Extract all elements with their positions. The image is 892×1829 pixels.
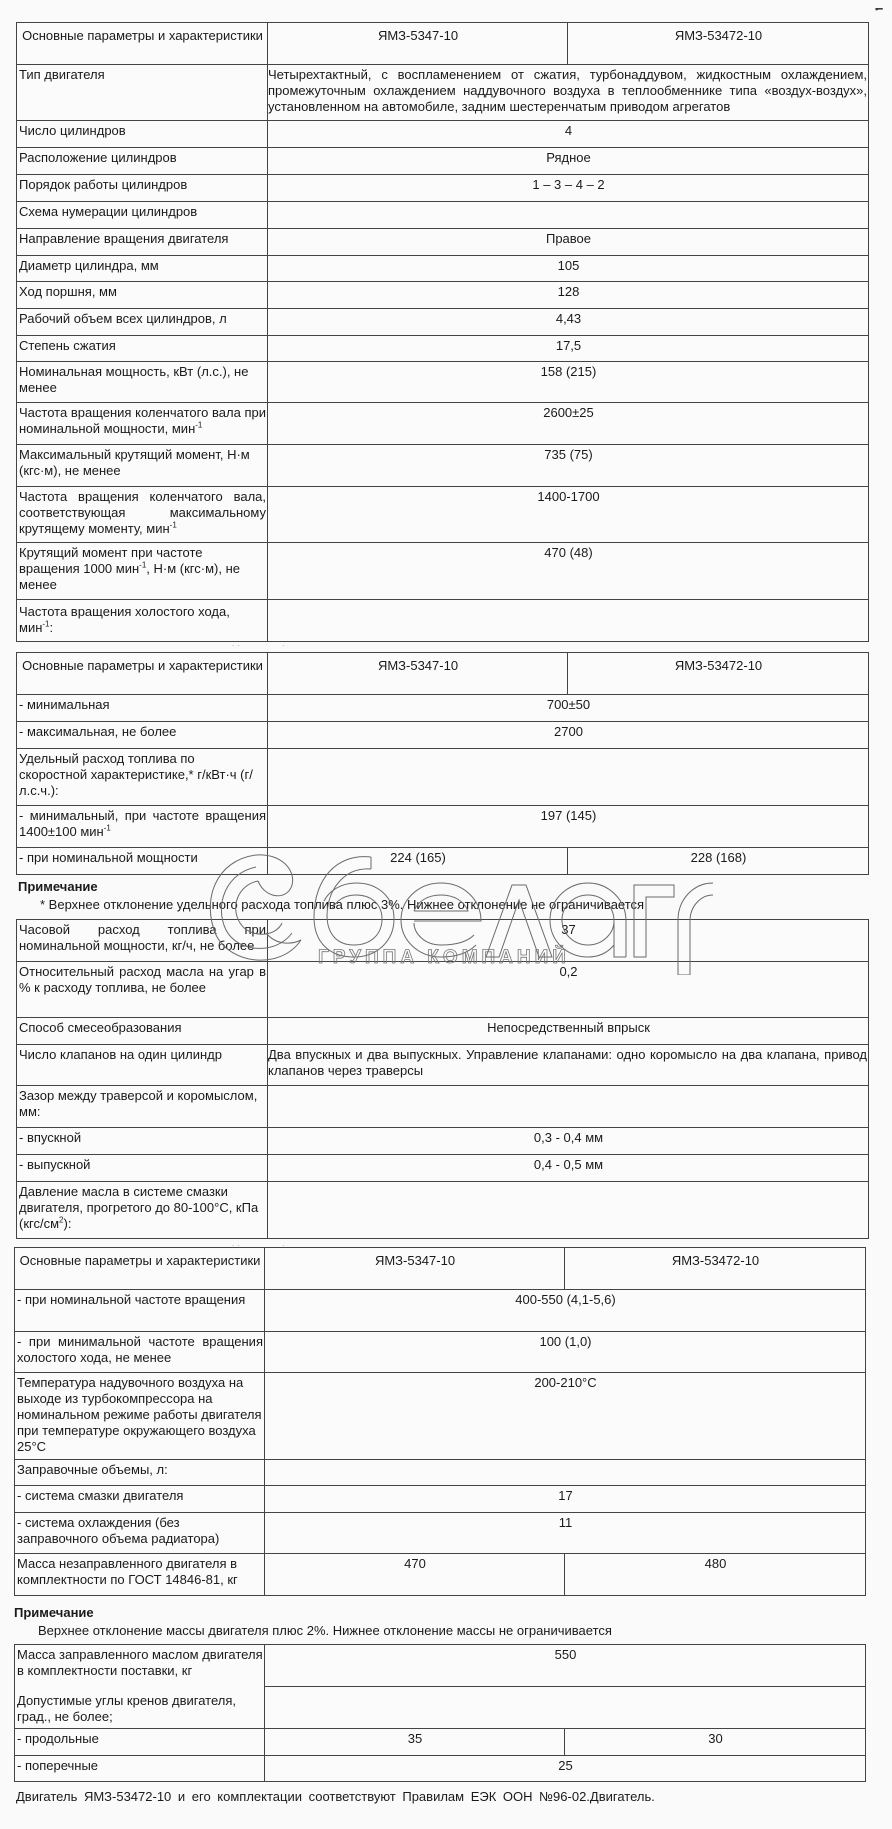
row-value-b: 30 (565, 1729, 866, 1756)
row-label: - продольные (15, 1729, 265, 1756)
row-label: - максимальная, не более (17, 722, 268, 749)
row-label: - система смазки двигателя (15, 1486, 265, 1513)
row-value-a: 35 (265, 1729, 565, 1756)
row-value: 400-550 (4,1-5,6) (265, 1290, 866, 1332)
table-row: - минимальный, при частоте вращения 1400… (17, 806, 869, 848)
table-row: Допустимые углы кренов двигателя, град.,… (15, 1687, 866, 1729)
row-label: - при минимальной частоте вращения холос… (15, 1332, 265, 1373)
table-row: Число клапанов на один цилиндр Два впуск… (17, 1045, 869, 1086)
row-label: - при номинальной частоте вращения (15, 1290, 265, 1332)
spec-table-3: Основные параметры и характеристики ЯМЗ-… (14, 1247, 866, 1596)
table-row: Номинальная мощность, кВт (л.с.), не мен… (17, 362, 869, 403)
row-label: Порядок работы цилиндров (17, 175, 268, 202)
row-label: Способ смесеобразования (17, 1018, 268, 1045)
table-row: Температура надувочного воздуха на выход… (15, 1373, 866, 1460)
row-label: Допустимые углы кренов двигателя, град.,… (15, 1687, 265, 1729)
row-value-b: 480 (565, 1554, 866, 1596)
header-model-b: ЯМЗ-53472-10 (565, 1248, 866, 1290)
row-label: Удельный расход топлива по скоростной ха… (17, 749, 268, 806)
row-value-a: 224 (165) (268, 848, 568, 875)
row-value: 200-210°С (265, 1373, 866, 1460)
header-model-a: ЯМЗ-5347-10 (268, 653, 568, 695)
row-value: 550 (265, 1645, 866, 1687)
table-row: Рабочий объем всех цилиндров, л 4,43 (17, 309, 869, 336)
note-title: Примечание (18, 879, 98, 894)
corner-mark: ▪━ (875, 4, 882, 15)
watermark-subtitle: ГРУППА КОМПАНИЙ (318, 947, 570, 969)
row-label: Давление масла в системе смазки двигател… (17, 1182, 268, 1239)
row-label: - при номинальной мощности (17, 848, 268, 875)
row-value (265, 1687, 866, 1729)
row-value: 158 (215) (268, 362, 869, 403)
row-value: 1 – 3 – 4 – 2 (268, 175, 869, 202)
row-value: 735 (75) (268, 445, 869, 487)
table-row: - максимальная, не более 2700 (17, 722, 869, 749)
table-row: Диаметр цилиндра, мм 105 (17, 256, 869, 282)
page-break-dots: · · · (232, 643, 285, 645)
table-row: - система смазки двигателя 17 (15, 1486, 866, 1513)
table-row: Способ смесеобразования Непосредственный… (17, 1018, 869, 1045)
header-model-a: ЯМЗ-5347-10 (268, 23, 568, 65)
row-value: 25 (265, 1756, 866, 1782)
table-row: - при номинальной частоте вращения 400-5… (15, 1290, 866, 1332)
note-text: * Верхнее отклонение удельного расхода т… (40, 897, 644, 912)
row-label: - впускной (17, 1128, 268, 1155)
row-value: 128 (268, 282, 869, 309)
header-model-b: ЯМЗ-53472-10 (568, 653, 869, 695)
table-row: Заправочные объемы, л: (15, 1460, 866, 1486)
row-label: Максимальный крутящий момент, Н·м (кгс·м… (17, 445, 268, 487)
row-value-a: 470 (265, 1554, 565, 1596)
table-row: Масса незаправленного двигателя в компле… (15, 1554, 866, 1596)
row-value (268, 202, 869, 229)
row-label: - минимальный, при частоте вращения 1400… (17, 806, 268, 848)
table-row: Схема нумерации цилиндров (17, 202, 869, 229)
row-label: Часовой расход топлива при номинальной м… (17, 920, 268, 962)
row-value: Два впускных и два выпускных. Управление… (268, 1045, 869, 1086)
row-value: 4,43 (268, 309, 869, 336)
row-label: Масса заправленного маслом двигателя в к… (15, 1645, 265, 1687)
row-value: 4 (268, 121, 869, 148)
row-label: - система охлаждения (без заправочного о… (15, 1513, 265, 1554)
row-value: 2700 (268, 722, 869, 749)
row-value: 2600±25 (268, 403, 869, 445)
row-label: Степень сжатия (17, 336, 268, 362)
row-label: Частота вращения коленчатого вала при но… (17, 403, 268, 445)
row-value (268, 600, 869, 642)
header-param: Основные параметры и характеристики (17, 653, 268, 695)
note-title: Примечание (14, 1605, 94, 1620)
row-value: Непосредственный впрыск (268, 1018, 869, 1045)
row-label: Направление вращения двигателя (17, 229, 268, 256)
row-value (265, 1460, 866, 1486)
row-value (268, 749, 869, 806)
row-label: Частота вращения холостого хода, мин-1: (17, 600, 268, 642)
row-value: Рядное (268, 148, 869, 175)
spec-table-4: Масса заправленного маслом двигателя в к… (14, 1644, 866, 1782)
table-row: Давление масла в системе смазки двигател… (17, 1182, 869, 1239)
row-label: Рабочий объем всех цилиндров, л (17, 309, 268, 336)
row-label: Ход поршня, мм (17, 282, 268, 309)
table-row: Тип двигателя Четырехтактный, с воспламе… (17, 65, 869, 121)
row-value: 0,4 - 0,5 мм (268, 1155, 869, 1182)
table-header-row: Основные параметры и характеристики ЯМЗ-… (15, 1248, 866, 1290)
header-model-a: ЯМЗ-5347-10 (265, 1248, 565, 1290)
table-row: - поперечные 25 (15, 1756, 866, 1782)
row-value: 17,5 (268, 336, 869, 362)
table-row: Частота вращения коленчатого вала при но… (17, 403, 869, 445)
row-label: Число цилиндров (17, 121, 268, 148)
row-value: 0,2 (268, 962, 869, 1018)
row-label: Расположение цилиндров (17, 148, 268, 175)
table-row: - выпускной 0,4 - 0,5 мм (17, 1155, 869, 1182)
row-label: Номинальная мощность, кВт (л.с.), не мен… (17, 362, 268, 403)
table-header-row: Основные параметры и характеристики ЯМЗ-… (17, 653, 869, 695)
table-row: Крутящий момент при частоте вращения 100… (17, 543, 869, 600)
table-row: - система охлаждения (без заправочного о… (15, 1513, 866, 1554)
page-break-dots: · · · (232, 1243, 285, 1245)
footer-compliance-text: Двигатель ЯМЗ-53472-10 и его комплектаци… (16, 1789, 655, 1804)
row-value: Правое (268, 229, 869, 256)
row-label: Диаметр цилиндра, мм (17, 256, 268, 282)
row-value: 1400-1700 (268, 487, 869, 543)
row-label: Масса незаправленного двигателя в компле… (15, 1554, 265, 1596)
row-label: Крутящий момент при частоте вращения 100… (17, 543, 268, 600)
table-row: Направление вращения двигателя Правое (17, 229, 869, 256)
row-label: Число клапанов на один цилиндр (17, 1045, 268, 1086)
table-row: Удельный расход топлива по скоростной ха… (17, 749, 869, 806)
table-row: - при номинальной мощности 224 (165) 228… (17, 848, 869, 875)
table-row: - продольные 35 30 (15, 1729, 866, 1756)
row-value: 105 (268, 256, 869, 282)
table-row: Относительный расход масла на угар в % к… (17, 962, 869, 1018)
header-param: Основные параметры и характеристики (17, 23, 268, 65)
row-value: 11 (265, 1513, 866, 1554)
row-label: Относительный расход масла на угар в % к… (17, 962, 268, 1018)
row-label: Тип двигателя (17, 65, 268, 121)
table-row: - минимальная 700±50 (17, 695, 869, 722)
row-label: Частота вращения коленчатого вала, соотв… (17, 487, 268, 543)
table-row: Ход поршня, мм 128 (17, 282, 869, 309)
row-value (268, 1182, 869, 1239)
row-value: 197 (145) (268, 806, 869, 848)
row-label: Температура надувочного воздуха на выход… (15, 1373, 265, 1460)
row-value (268, 1086, 869, 1128)
table-row: Степень сжатия 17,5 (17, 336, 869, 362)
header-param: Основные параметры и характеристики (15, 1248, 265, 1290)
row-value-b: 228 (168) (568, 848, 869, 875)
row-value: Четырехтактный, с воспламенением от сжат… (268, 65, 869, 121)
row-label: Схема нумерации цилиндров (17, 202, 268, 229)
row-value: 100 (1,0) (265, 1332, 866, 1373)
table-row: - впускной 0,3 - 0,4 мм (17, 1128, 869, 1155)
table-row: - при минимальной частоте вращения холос… (15, 1332, 866, 1373)
row-label: - выпускной (17, 1155, 268, 1182)
row-label: - минимальная (17, 695, 268, 722)
header-model-b: ЯМЗ-53472-10 (568, 23, 869, 65)
table-row: Порядок работы цилиндров 1 – 3 – 4 – 2 (17, 175, 869, 202)
table-row: Масса заправленного маслом двигателя в к… (15, 1645, 866, 1687)
row-value: 470 (48) (268, 543, 869, 600)
table-row: Расположение цилиндров Рядное (17, 148, 869, 175)
row-label: Зазор между траверсой и коромыслом, мм: (17, 1086, 268, 1128)
table-row: Частота вращения холостого хода, мин-1: (17, 600, 869, 642)
note-text: Верхнее отклонение массы двигателя плюс … (38, 1623, 612, 1638)
row-value: 700±50 (268, 695, 869, 722)
row-value: 17 (265, 1486, 866, 1513)
table-row: Частота вращения коленчатого вала, соотв… (17, 487, 869, 543)
row-value: 0,3 - 0,4 мм (268, 1128, 869, 1155)
table-row: Зазор между траверсой и коромыслом, мм: (17, 1086, 869, 1128)
spec-table-1: Основные параметры и характеристики ЯМЗ-… (16, 22, 869, 642)
spec-table-2: Основные параметры и характеристики ЯМЗ-… (16, 652, 869, 875)
table-header-row: Основные параметры и характеристики ЯМЗ-… (17, 23, 869, 65)
table-row: Максимальный крутящий момент, Н·м (кгс·м… (17, 445, 869, 487)
table-row: Число цилиндров 4 (17, 121, 869, 148)
row-label: - поперечные (15, 1756, 265, 1782)
row-label: Заправочные объемы, л: (15, 1460, 265, 1486)
